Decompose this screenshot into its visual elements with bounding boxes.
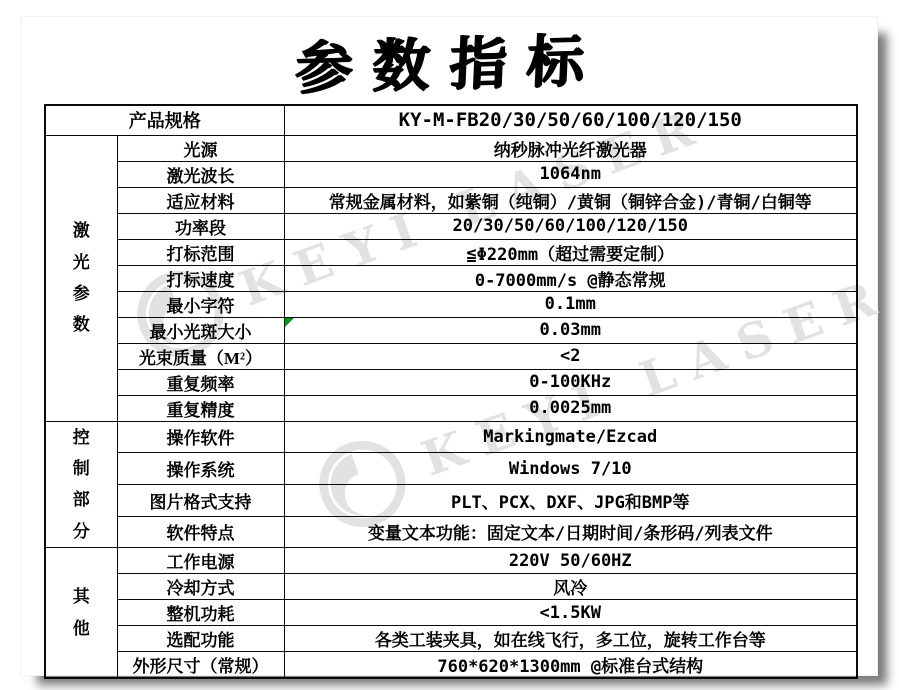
spec-label: 适应材料 — [167, 193, 235, 212]
spec-label: 软件特点 — [167, 524, 235, 543]
table-row: 打标速度 0-7000mm/s @静态常规 — [45, 265, 857, 291]
table-row: 冷却方式 风冷 — [45, 574, 857, 600]
page-title: 参数指标 — [19, 8, 880, 112]
section-group-cell: 控 制 部 分 — [45, 421, 117, 548]
spec-label-cell: 选配功能 — [117, 626, 284, 652]
spec-value-cell: Markingmate/Ezcad — [284, 421, 857, 453]
spec-value: ≦Φ220mm（超过需要定制） — [466, 245, 674, 265]
spec-label: 操作软件 — [167, 429, 235, 448]
spec-label-cell: 整机功耗 — [117, 600, 284, 626]
spec-label-cell: 外形尺寸（常规） — [117, 652, 284, 679]
spec-value-cell: 0-100KHz — [284, 369, 857, 395]
spec-label: 光束质量（M²） — [139, 349, 262, 368]
spec-label: 功率段 — [175, 219, 226, 238]
spec-label: 图片格式支持 — [150, 493, 252, 512]
spec-value: 0.1mm — [545, 294, 596, 314]
spec-value-cell: 变量文本功能：固定文本/日期时间/条形码/列表文件 — [284, 516, 857, 548]
spec-value: 纳秒脉冲光纤激光器 — [494, 141, 647, 161]
spec-value-cell: 常规金属材料，如紫铜（纯铜）/黄铜（铜锌合金)/青铜/白铜等 — [284, 187, 857, 213]
spec-value: 0-100KHz — [529, 372, 611, 392]
spec-value: 各类工装夹具，如在线飞行，多工位，旋转工作台等 — [375, 631, 766, 651]
spec-value-cell: 纳秒脉冲光纤激光器 — [284, 135, 857, 161]
spec-value: 风冷 — [553, 579, 587, 599]
scanned-page: 参数指标 KEYI LASER KEYI LASER 产品规格 KY-M-FB2… — [20, 16, 878, 676]
spec-value: <1.5KW — [540, 603, 601, 623]
spec-label-cell: 软件特点 — [117, 516, 284, 548]
spec-label: 最小字符 — [167, 297, 235, 316]
table-row: 功率段 20/30/50/60/100/120/150 — [45, 213, 857, 239]
spec-label: 重复精度 — [167, 401, 235, 420]
spec-value-cell: <2 — [284, 343, 857, 369]
spec-label: 重复频率 — [167, 375, 235, 394]
spec-label: 光源 — [184, 141, 218, 160]
spec-value: 0.03mm — [540, 320, 601, 340]
spec-table: 产品规格 KY-M-FB20/30/50/60/100/120/150 激 光 … — [44, 104, 858, 679]
spec-value-cell: 0.0025mm — [284, 395, 857, 421]
spec-value: Windows 7/10 — [509, 459, 632, 479]
spec-value: KY-M-FB20/30/50/60/100/120/150 — [399, 109, 742, 131]
spec-value: 20/30/50/60/100/120/150 — [453, 216, 688, 236]
spec-value: 0-7000mm/s @静态常规 — [475, 271, 666, 291]
spec-label: 操作系统 — [167, 461, 235, 480]
spec-label-cell: 最小光斑大小 — [117, 317, 284, 343]
spec-value: 变量文本功能：固定文本/日期时间/条形码/列表文件 — [368, 524, 773, 544]
spec-value: Markingmate/Ezcad — [483, 427, 657, 447]
spec-label: 整机功耗 — [167, 605, 235, 624]
table-row: 适应材料 常规金属材料，如紫铜（纯铜）/黄铜（铜锌合金)/青铜/白铜等 — [45, 187, 857, 213]
section-group-cell: 其 他 — [45, 548, 117, 679]
spec-label: 冷却方式 — [167, 579, 235, 598]
table-row: 其 他 工作电源 220V 50/60HZ — [45, 548, 857, 574]
spec-label-cell: 重复精度 — [117, 395, 284, 421]
spec-label-cell: 最小字符 — [117, 291, 284, 317]
table-row: 激光波长 1064nm — [45, 161, 857, 187]
spec-label-cell: 光源 — [117, 135, 284, 161]
spec-label-cell: 图片格式支持 — [117, 484, 284, 516]
table-row: 整机功耗 <1.5KW — [45, 600, 857, 626]
spec-label: 产品规格 — [129, 111, 201, 131]
spec-value-cell: ≦Φ220mm（超过需要定制） — [284, 239, 857, 265]
spec-label-cell: 重复频率 — [117, 369, 284, 395]
spec-value-cell: 220V 50/60HZ — [284, 548, 857, 574]
spec-label: 外形尺寸（常规） — [133, 657, 269, 676]
table-row: 打标范围 ≦Φ220mm（超过需要定制） — [45, 239, 857, 265]
table-row: 外形尺寸（常规） 760*620*1300mm @标准台式结构 — [45, 652, 857, 679]
spec-value-cell: KY-M-FB20/30/50/60/100/120/150 — [284, 105, 857, 135]
table-row: 选配功能 各类工装夹具，如在线飞行，多工位，旋转工作台等 — [45, 626, 857, 652]
spec-value-cell: 1064nm — [284, 161, 857, 187]
spec-label: 工作电源 — [167, 553, 235, 572]
section-group-label: 控 制 部 分 — [73, 428, 90, 541]
spec-value-cell: 0.03mm — [284, 317, 857, 343]
spec-label-cell: 操作系统 — [117, 453, 284, 485]
table-row: 控 制 部 分 操作软件 Markingmate/Ezcad — [45, 421, 857, 453]
table-row: 光束质量（M²） <2 — [45, 343, 857, 369]
table-row: 产品规格 KY-M-FB20/30/50/60/100/120/150 — [45, 105, 857, 135]
spec-value: 1064nm — [540, 164, 601, 184]
spec-value-cell: 风冷 — [284, 574, 857, 600]
spec-label: 选配功能 — [167, 631, 235, 650]
spec-label-cell: 激光波长 — [117, 161, 284, 187]
spec-value: 0.0025mm — [529, 398, 611, 418]
spec-value-cell: 20/30/50/60/100/120/150 — [284, 213, 857, 239]
spec-value: <2 — [560, 346, 580, 366]
spec-label-cell: 打标速度 — [117, 265, 284, 291]
spec-label-cell: 操作软件 — [117, 421, 284, 453]
table-row: 重复频率 0-100KHz — [45, 369, 857, 395]
spec-value-cell: 0-7000mm/s @静态常规 — [284, 265, 857, 291]
spec-label-cell: 产品规格 — [45, 105, 284, 135]
spec-value: 常规金属材料，如紫铜（纯铜）/黄铜（铜锌合金)/青铜/白铜等 — [329, 193, 812, 213]
spec-value-cell: 760*620*1300mm @标准台式结构 — [284, 652, 857, 679]
table-row: 重复精度 0.0025mm — [45, 395, 857, 421]
spec-label-cell: 冷却方式 — [117, 574, 284, 600]
spec-value: 220V 50/60HZ — [509, 551, 632, 571]
spec-value-cell: 各类工装夹具，如在线飞行，多工位，旋转工作台等 — [284, 626, 857, 652]
spec-label-cell: 光束质量（M²） — [117, 343, 284, 369]
table-row: 最小字符 0.1mm — [45, 291, 857, 317]
spec-value-cell: Windows 7/10 — [284, 453, 857, 485]
spec-label-cell: 功率段 — [117, 213, 284, 239]
spec-label: 最小光斑大小 — [150, 323, 252, 342]
table-row: 图片格式支持 PLT、PCX、DXF、JPG和BMP等 — [45, 484, 857, 516]
spec-value-cell: PLT、PCX、DXF、JPG和BMP等 — [284, 484, 857, 516]
spec-value-cell: 0.1mm — [284, 291, 857, 317]
spec-label-cell: 适应材料 — [117, 187, 284, 213]
spec-value-cell: <1.5KW — [284, 600, 857, 626]
table-row: 操作系统 Windows 7/10 — [45, 453, 857, 485]
section-group-cell: 激 光 参 数 — [45, 135, 117, 421]
section-group-label: 其 他 — [73, 587, 90, 637]
section-group-label: 激 光 参 数 — [73, 221, 90, 334]
cell-comment-indicator — [285, 318, 294, 327]
table-row: 最小光斑大小 0.03mm — [45, 317, 857, 343]
spec-label: 打标速度 — [167, 271, 235, 290]
spec-label-cell: 打标范围 — [117, 239, 284, 265]
spec-value: 760*620*1300mm @标准台式结构 — [437, 657, 703, 677]
table-row: 软件特点 变量文本功能：固定文本/日期时间/条形码/列表文件 — [45, 516, 857, 548]
spec-label: 激光波长 — [167, 167, 235, 186]
spec-label-cell: 工作电源 — [117, 548, 284, 574]
spec-label: 打标范围 — [167, 245, 235, 264]
spec-value: PLT、PCX、DXF、JPG和BMP等 — [451, 493, 690, 513]
table-row: 激 光 参 数 光源 纳秒脉冲光纤激光器 — [45, 135, 857, 161]
